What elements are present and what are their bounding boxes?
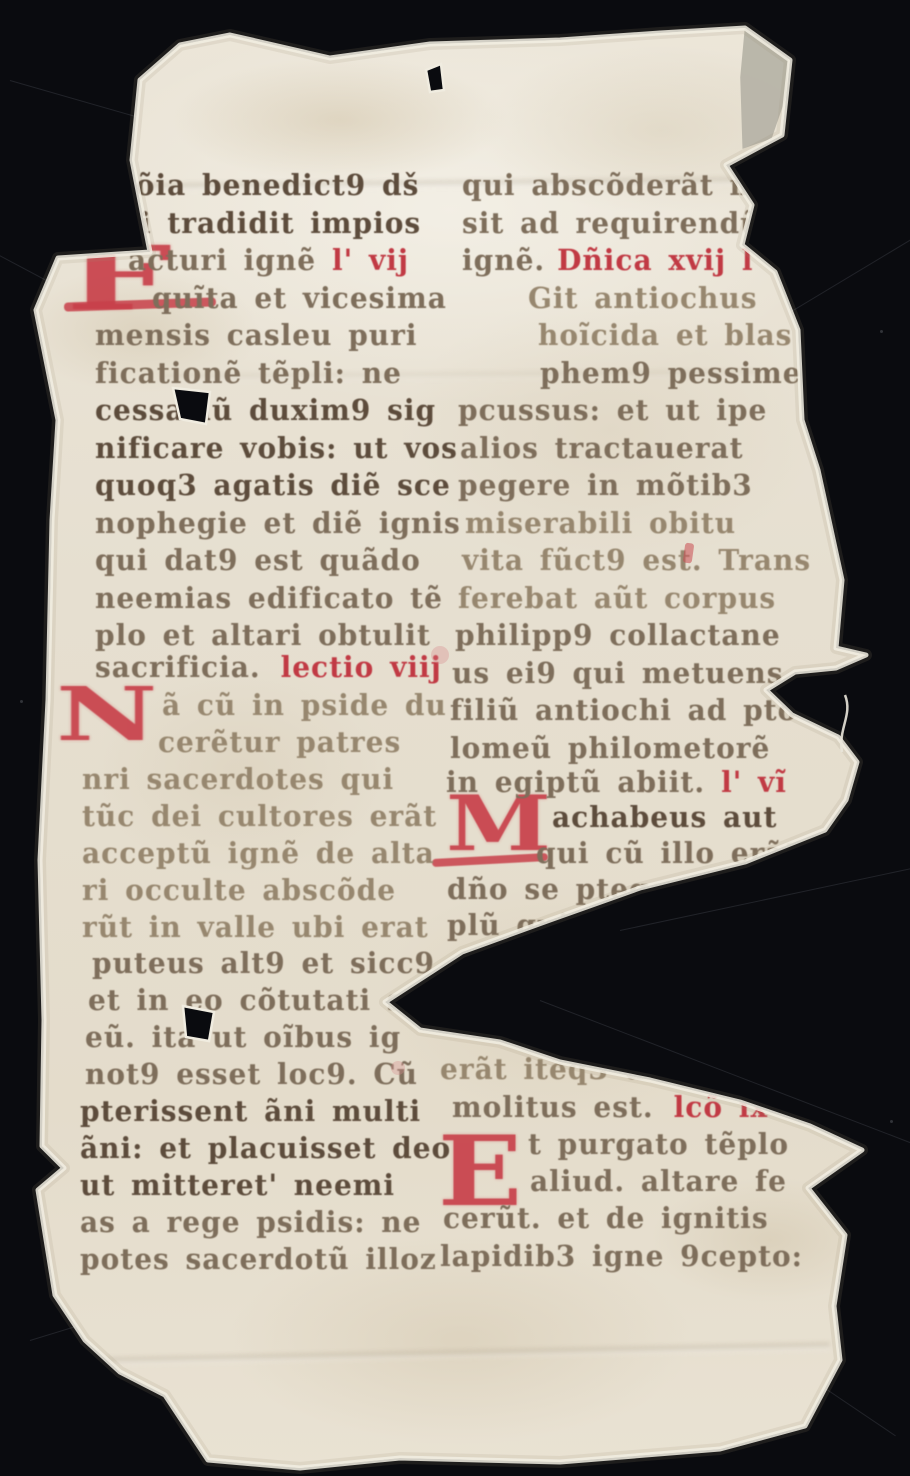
line-text: P õia benedict9 dš <box>98 168 419 202</box>
line-text: pcussus: et ut ipe <box>458 393 767 427</box>
line-text: acturi ignẽ <box>128 243 316 277</box>
line-text: miserabili obitu <box>465 506 736 540</box>
line-text: quoq3 agatis diẽ sce <box>95 468 451 502</box>
line-text: ignẽ. <box>462 243 545 277</box>
rubric: Dñica xvij l' <box>557 243 763 277</box>
rubric: l' vĩ <box>721 765 787 799</box>
manuscript-line: molitus est.lcõ ix <box>452 1090 768 1125</box>
line-text: lomeũ philometorẽ <box>450 731 770 765</box>
manuscript-line: vita fũct9 est. Trans <box>462 543 811 578</box>
manuscript-line: as a rege psidis: ne <box>80 1205 421 1240</box>
line-text: nificare vobis: ut vos <box>95 431 458 465</box>
manuscript-line: qui cũ illo erãt <box>536 836 798 871</box>
manuscript-line: t purgato tẽplo <box>528 1127 789 1162</box>
line-text: hoĩcida et blas <box>538 318 792 352</box>
line-text: pterissent ãni multi <box>80 1094 421 1128</box>
line-text: neemias edificato tẽ <box>95 581 443 615</box>
line-text: qui tradidit impios <box>98 206 421 240</box>
line-text: ficationẽ tẽpli: ne <box>95 356 402 390</box>
manuscript-line: tũc dei cultores erãt <box>82 799 437 834</box>
line-text: alios tractauerat <box>460 431 744 465</box>
manuscript-line: rũt in valle ubi erat <box>82 910 429 945</box>
line-text: et in eo cõtutati sũt <box>88 983 439 1017</box>
photo-of-manuscript-fragment: F N M E P õia benedict9 dš qui tradidit … <box>0 0 910 1476</box>
manuscript-line: P õia benedict9 dš <box>98 168 419 203</box>
line-text: molitus est. <box>452 1090 654 1124</box>
manuscript-line: eũ. ita ut oĩbus ig <box>85 1020 401 1055</box>
parchment-fragment: F N M E P õia benedict9 dš qui tradidit … <box>0 0 910 1476</box>
line-text: cessariũ duxim9 sig <box>95 393 436 427</box>
line-text: acceptũ ignẽ de alta <box>82 836 435 870</box>
manuscript-line: ãni: et placuisset deo <box>80 1131 451 1166</box>
line-text: qui cũ illo erãt <box>536 836 798 870</box>
line-text: as a rege psidis: ne <box>80 1205 421 1239</box>
manuscript-line: ã cũ in pside du <box>162 688 447 723</box>
rubric: l' vij <box>332 243 409 277</box>
line-text: dño se ptege <box>447 872 668 906</box>
manuscript-line: aliud. altare fe <box>530 1164 787 1199</box>
line-text: qui dat9 est quãdo <box>95 543 421 577</box>
line-text: erãt itẽq3 delu <box>440 1052 697 1086</box>
manuscript-line: filiũ antiochi ad pto <box>450 693 797 728</box>
manuscript-line: qui tradidit impios <box>98 206 421 241</box>
manuscript-line: pterissent ãni multi <box>80 1094 421 1129</box>
manuscript-line: erãt itẽq3 delu <box>440 1052 697 1087</box>
manuscript-line: Git antiochus <box>528 281 758 316</box>
line-text: ut mitteret' neemi <box>80 1168 395 1202</box>
manuscript-line: miserabili obitu <box>465 506 736 541</box>
line-text: not9 esset loc9. Cũ <box>85 1057 418 1091</box>
line-text: sacrificia. <box>95 650 261 684</box>
manuscript-line: achabeus aut <box>552 800 777 835</box>
dust-speck <box>20 700 23 703</box>
manuscript-line: quĩta et vicesima <box>152 281 447 316</box>
dust-speck <box>890 1120 893 1123</box>
manuscript-line: plo et altari obtulit <box>95 618 431 653</box>
manuscript-line: potes sacerdotũ illoz <box>80 1242 437 1277</box>
manuscript-line: cessariũ duxim9 sig <box>95 393 436 428</box>
manuscript-line: ignẽ.Dñica xvij l' <box>462 243 763 278</box>
manuscript-line: ferebat aũt corpus <box>458 581 776 616</box>
line-text: cerũt. et de ignitis <box>443 1201 769 1235</box>
manuscript-line: ficationẽ tẽpli: ne <box>95 356 402 391</box>
manuscript-line: et in eo cõtutati sũt <box>88 983 439 1018</box>
line-text: in egiptũ abiit. <box>446 765 705 799</box>
manuscript-line: us ei9 qui metuens <box>452 656 784 691</box>
manuscript-line: cerũt. et de ignitis <box>443 1201 769 1236</box>
line-text: cerẽtur patres <box>158 725 401 759</box>
manuscript-line: phem9 pessime <box>540 356 802 391</box>
illuminated-initial-n: N <box>56 678 157 752</box>
line-text: qui abscõderãt mi <box>462 168 772 202</box>
line-text: nophegie et diẽ ignis <box>95 506 461 540</box>
line-text: lapidib3 igne 9cepto: <box>440 1239 803 1273</box>
line-text: rũt in valle ubi erat <box>82 910 429 944</box>
line-text: us ei9 qui metuens <box>452 656 784 690</box>
manuscript-line: alios tractauerat <box>460 431 744 466</box>
manuscript-line: sacrificia.lectio viij <box>95 650 442 685</box>
manuscript-line: quoq3 agatis diẽ sce <box>95 468 451 503</box>
rubric: lectio viij <box>281 650 442 684</box>
line-text: tũc dei cultores erãt <box>82 799 437 833</box>
manuscript-line: pegere in mõtib3 <box>458 468 753 503</box>
line-text: eũ. ita ut oĩbus ig <box>85 1020 401 1054</box>
manuscript-line: cerẽtur patres <box>158 725 401 760</box>
manuscript-line: lapidib3 igne 9cepto: <box>440 1239 803 1274</box>
line-text: phem9 pessime <box>540 356 802 390</box>
manuscript-line: acceptũ ignẽ de alta <box>82 836 435 871</box>
line-text: Git antiochus <box>528 281 758 315</box>
manuscript-line: qui abscõderãt mi <box>462 168 772 203</box>
line-text: t purgato tẽplo <box>528 1127 789 1161</box>
rubric: lcõ ix <box>674 1090 768 1124</box>
dust-speck <box>880 330 883 333</box>
manuscript-line: mensis casleu puri <box>95 318 418 353</box>
line-text: ãni: et placuisset deo <box>80 1131 451 1165</box>
line-text: ã cũ in pside du <box>162 688 447 722</box>
folded-corner-chip <box>738 26 794 154</box>
manuscript-line: not9 esset loc9. Cũ <box>85 1057 418 1092</box>
manuscript-line: dño se ptege <box>447 872 668 907</box>
fold-crease <box>90 1342 830 1365</box>
manuscript-line: acturi ignẽl' vij <box>128 243 409 278</box>
manuscript-line: nri sacerdotes qui <box>82 762 394 797</box>
manuscript-line: qui dat9 est quãdo <box>95 543 421 578</box>
line-text: aliud. altare fe <box>530 1164 787 1198</box>
manuscript-line: philipp9 collactane <box>455 618 781 653</box>
line-text: puteus alt9 et sicc9 <box>92 946 435 980</box>
line-text: potes sacerdotũ illoz <box>80 1242 437 1276</box>
manuscript-line: puteus alt9 et sicc9 <box>92 946 435 981</box>
manuscript-line: neemias edificato tẽ <box>95 581 443 616</box>
line-text: filiũ antiochi ad pto <box>450 693 797 727</box>
line-text: sit ad requirendũ <box>462 206 762 240</box>
line-text: philipp9 collactane <box>455 618 781 652</box>
line-text: ri occulte abscõde <box>82 873 396 907</box>
line-text: nri sacerdotes qui <box>82 762 394 796</box>
line-text: mensis casleu puri <box>95 318 418 352</box>
manuscript-line: sit ad requirendũ <box>462 206 762 241</box>
line-text: plo et altari obtulit <box>95 618 431 652</box>
line-text: plũ quidẽ <box>447 908 609 942</box>
line-text: pegere in mõtib3 <box>458 468 753 502</box>
manuscript-line: pcussus: et ut ipe <box>458 393 767 428</box>
manuscript-line: lomeũ philometorẽ <box>450 731 770 766</box>
line-text: ferebat aũt corpus <box>458 581 776 615</box>
line-text: quĩta et vicesima <box>152 281 447 315</box>
line-text: achabeus aut <box>552 800 777 834</box>
manuscript-line: ri occulte abscõde <box>82 873 396 908</box>
manuscript-line: nificare vobis: ut vos <box>95 431 458 466</box>
line-text: vita fũct9 est. Trans <box>462 543 811 577</box>
manuscript-line: ut mitteret' neemi <box>80 1168 395 1203</box>
manuscript-line: hoĩcida et blas <box>538 318 792 353</box>
manuscript-line: nophegie et diẽ ignis <box>95 506 461 541</box>
manuscript-line: in egiptũ abiit.l' vĩ <box>446 765 787 800</box>
manuscript-line: plũ quidẽ <box>447 908 609 943</box>
